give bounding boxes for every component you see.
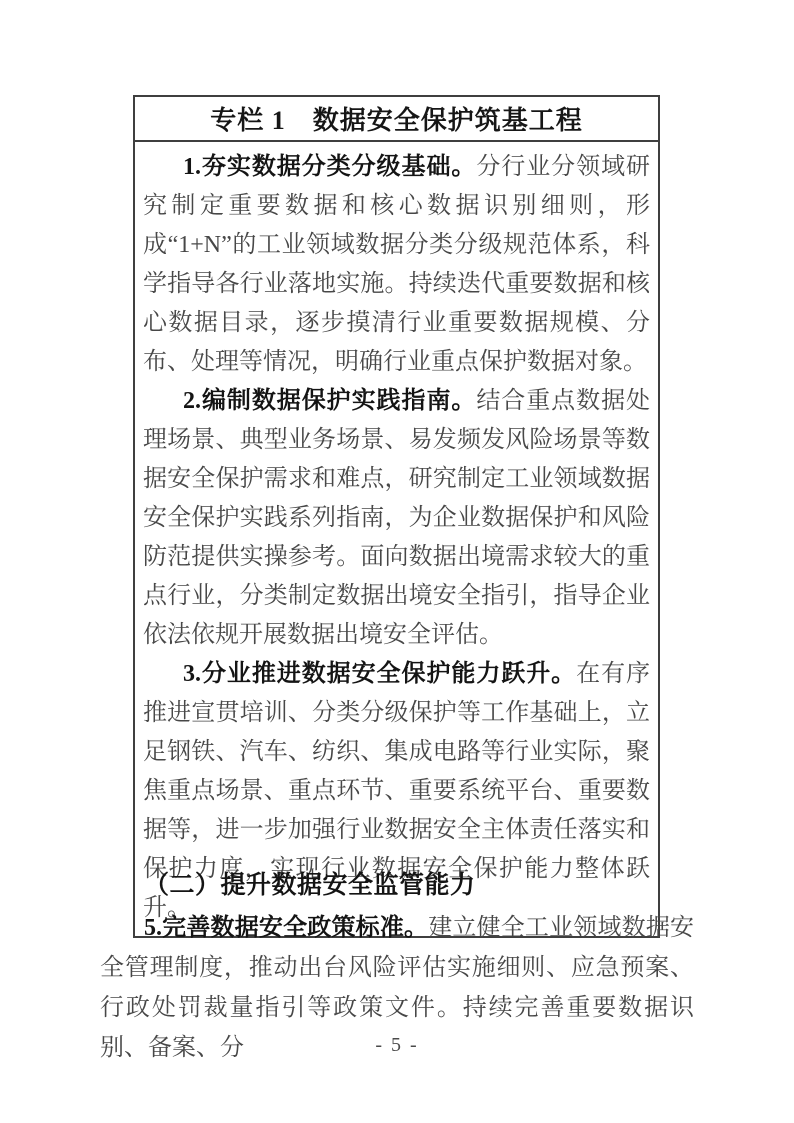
panel-paragraph-2: 2.编制数据保护实践指南。结合重点数据处理场景、典型业务场景、易发频发风险场景等… [143,382,650,655]
column-box-body: 1.夯实数据分类分级基础。分行业分领域研究制定重要数据和核心数据识别细则，形成“… [135,142,658,936]
body-paragraph-5-lead: 5.完善数据安全政策标准。 [144,915,428,941]
column-box-1: 专栏 1 数据安全保护筑基工程 1.夯实数据分类分级基础。分行业分领域研究制定重… [133,95,660,938]
column-box-title: 专栏 1 数据安全保护筑基工程 [135,97,658,142]
section-heading: （二）提升数据安全监管能力 [100,864,694,908]
panel-paragraph-2-lead: 2.编制数据保护实践指南。 [183,388,476,414]
panel-paragraph-2-text: 结合重点数据处理场景、典型业务场景、易发频发风险场景等数据安全保护需求和难点，研… [143,388,650,648]
panel-paragraph-1: 1.夯实数据分类分级基础。分行业分领域研究制定重要数据和核心数据识别细则，形成“… [143,148,650,382]
document-page: 专栏 1 数据安全保护筑基工程 1.夯实数据分类分级基础。分行业分领域研究制定重… [0,0,794,1123]
panel-paragraph-1-lead: 1.夯实数据分类分级基础。 [183,154,476,180]
panel-paragraph-3-lead: 3.分业推进数据安全保护能力跃升。 [183,661,576,687]
panel-paragraph-1-text: 分行业分领域研究制定重要数据和核心数据识别细则，形成“1+N”的工业领域数据分类… [143,154,650,375]
page-number: - 5 - [0,1032,794,1058]
